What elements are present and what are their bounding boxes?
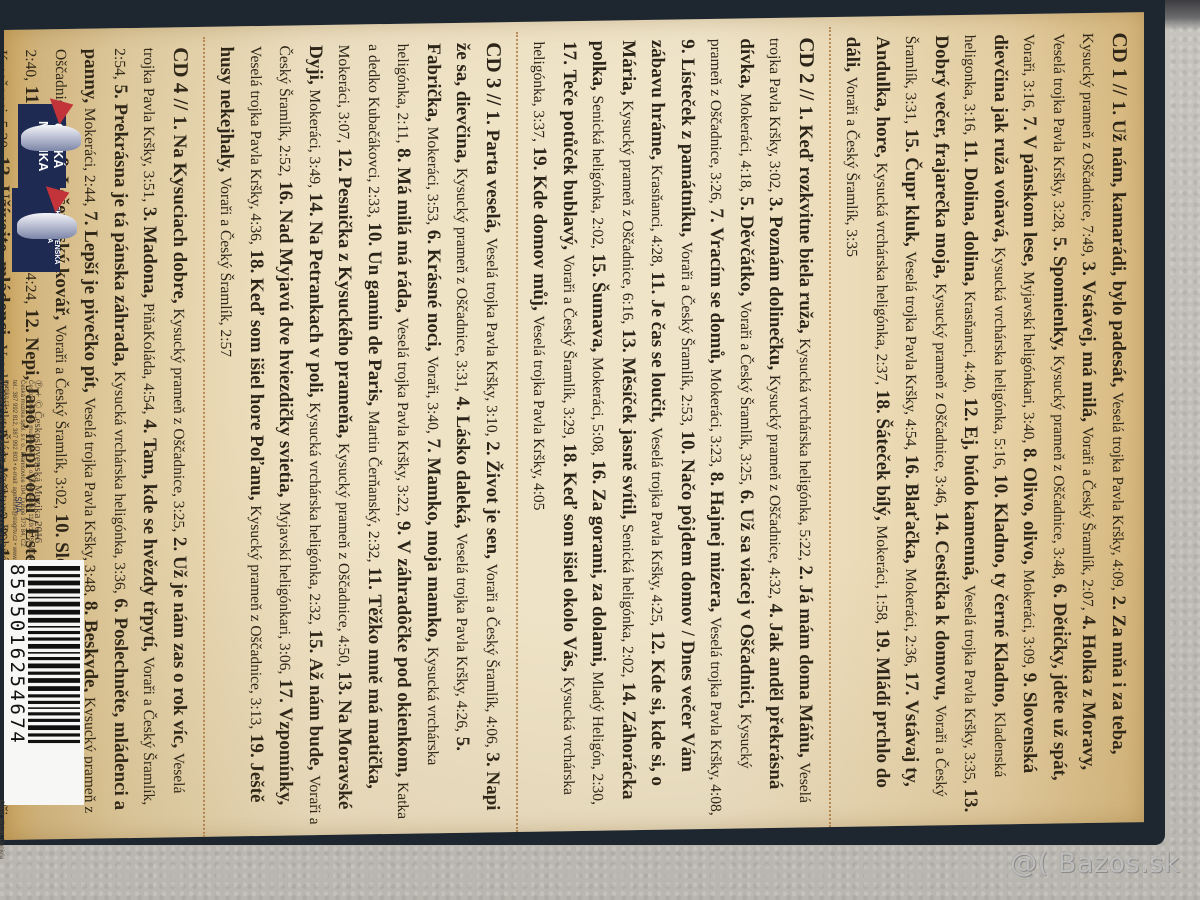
track-number: 14. [931, 512, 952, 536]
track-artist: Mokeráci, 4:18, [737, 93, 754, 192]
back-cover: CD 1 // 1. Už nám, kamarádi, bylo padesá… [4, 12, 1144, 840]
track-title: Kde domov můj, [530, 175, 551, 311]
track-artist: Veselá trojka Pavla Kršky, 3:35, [962, 585, 979, 784]
dog-logo-icon [17, 213, 77, 239]
track-artist: Mokeráci, 3:09, [1021, 569, 1038, 668]
track-artist: Mokeráci, 3:49, [306, 89, 323, 188]
section-title: CD 4 [169, 47, 193, 93]
track-number: 5. [453, 736, 474, 751]
track-number: 11. [648, 271, 669, 294]
track-title: Olivo, olivo, [1020, 467, 1041, 565]
dvd-case: CD 1 // 1. Už nám, kamarádi, bylo padesá… [0, 0, 1165, 845]
track-number: 19. [530, 146, 551, 170]
track-artist: Voraři a Český Šramlík, 2:57 [218, 177, 235, 357]
track-number: 18. [559, 443, 580, 467]
track-artist: Krasňanci, 4:40, [962, 291, 979, 393]
track-number: 13. [335, 671, 356, 695]
track-title: Mamko, moja mamko, [423, 457, 444, 642]
track-title: Už nám, kamarádi, bylo padesát, [1108, 120, 1129, 388]
track-artist: Kysucký prameň z Oščadnice, 4:50, [336, 443, 353, 667]
track-artist: Martin Čerňanský, 2:32, [365, 411, 382, 563]
track-number: 17. [276, 679, 297, 703]
track-number: 9. [394, 521, 415, 536]
track-artist: Voraři a Český Šramlík, 2:07, [1080, 427, 1097, 611]
track-artist: Veselá trojka Pavla Kršky, 3:48, [82, 397, 99, 596]
section-title: CD 1 [1108, 32, 1132, 78]
track-number: 2. [482, 441, 503, 456]
track-number: 3. [1079, 261, 1100, 276]
cover-design-credit: Cover design: Daniela Machová [0, 800, 4, 880]
track-number: 15. [589, 253, 610, 277]
track-title: Šumava, [589, 282, 610, 353]
track-number: 6. [110, 598, 131, 613]
track-number: 3. [766, 197, 787, 212]
track-number: 8. [707, 472, 728, 487]
hotline: MODRÁ LINKA ČESKÉ MUZIKY 844 111 110 [0, 380, 2, 600]
track-artist: Mokeráci, 1:58, [873, 525, 890, 624]
track-number: 3. [140, 207, 161, 222]
track-number: 6. [1049, 584, 1070, 599]
sna-badge: SNA [14, 496, 23, 512]
track-title: Už je nám zas o rok víc, [169, 556, 190, 749]
track-title: Un gamin de Paris, [364, 251, 385, 407]
track-number: 4. [766, 603, 787, 618]
track-number: 12. [961, 397, 982, 421]
barcode-digits: 8595016254674 [4, 560, 28, 805]
track-number: 18. [246, 249, 267, 273]
track-number: 13. [4, 157, 13, 181]
track-title: Já mám doma Máňu, [795, 584, 816, 757]
track-number: 4. [1079, 615, 1100, 630]
track-number: 4. [140, 419, 161, 434]
track-number: 2. [795, 565, 816, 580]
track-number: 6. [423, 230, 444, 245]
track-artist: Mokeráci, 3:07, [336, 45, 353, 144]
track-number: 13. [618, 329, 639, 353]
track-artist: Krasňanci, 5:20, [4, 50, 10, 152]
track-title: Teče potůček bublavý, [559, 69, 580, 250]
track-artist: Mokeráci, 5:08, [590, 357, 607, 456]
track-number: 7. [81, 211, 102, 226]
track-title: Těžko mně má matička, [364, 594, 385, 789]
dog-logo-icon [21, 125, 81, 151]
track-number: 7. [1020, 116, 1041, 131]
track-number: 19. [872, 629, 893, 653]
track-title: Ej, búdo kamenná, [961, 426, 982, 581]
track-title: Lásko daleká, [453, 415, 474, 528]
track-number: 10. [51, 513, 72, 537]
track-artist: Mokeráci, 3:23, [708, 368, 725, 467]
track-title: Má milá má ráda, [394, 167, 415, 313]
track-artist: Mokeráci, 2:44, [82, 108, 99, 207]
track-title: Už sa viacej v Oščadnici, [736, 509, 757, 709]
track-title: Vzpomínky, [276, 707, 297, 805]
track-title: Za gorami, za dolami, [589, 489, 610, 667]
track-artist: Kysucký prameň z Oščadnice, 3:13, [247, 505, 264, 729]
track-title: Pesnička z Kysuckého prameňa, [335, 176, 356, 438]
track-number: 2. [169, 537, 190, 552]
track-title: Madona, [140, 226, 161, 299]
track-number: 1. [169, 115, 190, 130]
track-artist: Kysucký prameň z Oščadnice, 6:16, [619, 100, 636, 324]
track-title: Keď som išiel hore Poľanu, [246, 278, 267, 501]
section-title: CD 3 [482, 42, 506, 88]
track-title: Dobrý večer, frajarečka moja, [931, 35, 952, 279]
track-number: 7. [423, 438, 444, 453]
track-title: Děvčátko, [736, 215, 757, 296]
track-number: 1. [795, 106, 816, 121]
separator: // [795, 83, 819, 106]
track-artist: Kysucký prameň z Oščadnice, 3:31, [454, 168, 471, 392]
track-artist: Kysucká vrchárska heligónka, 2:32, [306, 402, 323, 625]
track-artist: Voraři a Český Šramlík, 3:02, [52, 325, 69, 509]
track-artist: Veselá trojka Pavla Kršky, 4:26, [454, 533, 471, 732]
track-number: 14. [305, 193, 326, 217]
track-artist: Veselá trojka Pavla Kršky, 4:25, [649, 427, 666, 626]
track-artist: Kysucká vrchárska heligónka, 5:16, [991, 247, 1008, 470]
track-title: Na Petrankach v poli, [305, 221, 326, 398]
track-number: 1. [482, 110, 503, 125]
track-title: Je čas se loučit, [648, 299, 669, 423]
track-title: Na Kysuciach dobre, [169, 134, 190, 303]
track-number: 10. [677, 431, 698, 455]
section-cd-2: CD 2 // 1. Keď rozkvitne biela ruža, Kys… [516, 27, 821, 832]
track-number: 10. [364, 222, 385, 246]
track-artist: Kysucký prameň z Oščadnice, 3:48, [1050, 355, 1067, 579]
track-number: 14. [618, 682, 639, 706]
track-title: Dolina, dolina, [961, 167, 982, 286]
track-number: 17. [559, 41, 580, 65]
track-title: Život je sen, [482, 460, 503, 559]
track-title: Fabrička, [423, 43, 444, 122]
track-title: Šáteček bílý, [872, 418, 893, 521]
track-artist: Kysucký prameň z Oščadnice, 7:49, [1080, 33, 1097, 257]
track-number: 17. [902, 671, 923, 695]
track-number: 11. [961, 140, 982, 163]
track-number: 10. [990, 474, 1011, 498]
track-artist: Veselá trojka Pavla Kršky, 4:36, [247, 46, 264, 245]
track-artist: Kysucký prameň z Oščadnice, 4:32, [767, 375, 784, 599]
track-number: 15. [305, 629, 326, 653]
track-title: Poznám dolinečku, [766, 216, 787, 370]
track-title: Hajnej mizera, [707, 491, 728, 613]
track-artist: Voraři a Český Šramlík, 3:29, [560, 255, 577, 439]
track-title: Vracím se domů, [707, 227, 728, 364]
track-number: 16. [589, 460, 610, 484]
bazos-watermark: @( Bazos.sk [1010, 848, 1180, 879]
track-artist: Myjavskí heligónkari, 3:40, [1021, 271, 1038, 443]
track-number: 5. [1049, 237, 1070, 252]
tracklist: CD 1 // 1. Už nám, kamarádi, bylo padesá… [34, 22, 1134, 839]
track-title: Krásné noci, [423, 249, 444, 352]
track-artist: PiňaKoláda, 4:54, [141, 303, 158, 415]
track-number: 2. [1108, 595, 1129, 610]
track-artist: Veselá trojka Pavla Kršky, 4:08, [708, 617, 725, 816]
track-number: 6. [736, 490, 757, 505]
track-title: Měsíček jasně svítil, [618, 357, 639, 519]
track-artist: Kysucká vrchárska heligónka, 3:36, [111, 371, 128, 594]
track-artist: Senická heligónka, 2:02, [619, 524, 636, 678]
track-artist: Kysucká vrchárska heligónka, 2:37, [873, 162, 890, 385]
track-title: Cestička k domovu, [931, 540, 952, 700]
track-artist: Mladý Heligón, 2:30, [590, 671, 607, 805]
track-title: Vstávej, má milá, [1079, 280, 1100, 422]
track-number: 8. [1020, 448, 1041, 463]
track-artist: Kysucký prameň z Oščadnice, 3:46, [932, 283, 949, 507]
separator: // [482, 88, 506, 111]
track-number: 16. [276, 181, 297, 205]
track-number: 9. [1020, 673, 1041, 688]
track-number: 11. [364, 567, 385, 590]
barcode: 8595016254674 [4, 560, 84, 805]
track-title: V záhradôčke pod okienkom, [394, 540, 415, 778]
track-artist: Voraři, 3:40, [424, 356, 441, 434]
track-title: Kladno, ty černé Kladno, [990, 503, 1011, 708]
track-title: Keď rozkvitne biela ruža, [795, 125, 816, 334]
track-artist: Mokeráci, 2:36, [903, 568, 920, 667]
track-number: 4. [453, 396, 474, 411]
track-artist: Myjavskí heligónkari, 3:06, [277, 502, 294, 674]
track-artist: Senická heligónka, 2:02, [590, 95, 607, 249]
track-number: 12. [335, 148, 356, 172]
track-artist: Veselá trojka Pavla Kršky, 3:10, [483, 238, 500, 437]
track-number: 9. [677, 39, 698, 54]
track-title: Blaťačka, [902, 483, 923, 563]
track-artist: Veselá trojka Pavla Kršky, 4:09, [1109, 392, 1126, 591]
track-number: 12. [648, 631, 669, 655]
track-number: 1. [1108, 101, 1129, 116]
track-title: Spomienky, [1049, 256, 1070, 351]
track-title: Lepší je pivečko pít, [81, 230, 102, 393]
section-title: CD 2 [795, 37, 819, 83]
track-title: Děti̇čky, jděte už spát, [1049, 603, 1070, 781]
track-artist: Kysucký prameň z Oščadnice, 3:25, [170, 308, 187, 532]
track-number: 5. [736, 196, 757, 211]
track-artist: Voraři a Český Šramlík, 3:25, [737, 301, 754, 485]
track-number: 7. [707, 208, 728, 223]
track-artist: Voraři a Český Šramlík, 2:53, [678, 242, 695, 426]
track-number: 8. [394, 148, 415, 163]
track-number: 13. [961, 788, 982, 812]
track-title: Za mňa i za teba, [1108, 614, 1129, 754]
track-title: V pánskom lese, [1020, 135, 1041, 266]
track-artist: Mokeráci, 3:53, [424, 127, 441, 226]
track-artist: Veselá trojka Pavla Kršky, 4:54, [903, 251, 920, 450]
track-title: Keď som išiel okolo Vás, [559, 472, 580, 672]
track-number: 19. [246, 734, 267, 758]
track-title: Až nám bude, [305, 658, 326, 771]
track-number: 18. [872, 390, 893, 414]
track-title: Tam, kde se hvězdy třpytí, [140, 438, 161, 652]
track-artist: Voraři, 3:16, [1021, 34, 1038, 112]
separator: // [1108, 78, 1132, 101]
track-number: 16. [902, 455, 923, 479]
track-title: Nad Myjavú dve hviezdičky svietia, [276, 210, 297, 498]
barcode-bars [28, 566, 80, 793]
separator: // [169, 93, 193, 116]
track-artist: Veselá trojka Pavla Kršky, 3:22, [395, 317, 412, 516]
track-title: Prekrásna je tá pánska záhrada, [110, 103, 131, 366]
track-artist: Voraři a Český Šramlík, 4:06, [483, 564, 500, 748]
section-cd-3: CD 3 // 1. Parta veselá, Veselá trojka P… [203, 32, 508, 837]
track-number: 12. [22, 309, 43, 333]
track-number: 3. [482, 752, 503, 767]
track-number: 15. [902, 129, 923, 153]
track-title: Parta veselá, [482, 129, 503, 233]
track-number: 5. [110, 84, 131, 99]
track-artist: Kysucká vrchárska heligónka, 5:22, [796, 338, 813, 561]
section-cd-1: CD 1 // 1. Už nám, kamarádi, bylo padesá… [829, 22, 1134, 827]
track-title: Čupr kluk, [902, 157, 923, 247]
track-artist: Veselá trojka Pavla Kršky, 4:05 [531, 315, 548, 510]
track-title: Holka z Moravy, [1079, 634, 1100, 770]
track-artist: Veselá trojka Pavla Kršky, 3:28, [1050, 33, 1067, 232]
track-artist: Voraři a Český Šramlík, 3:35 [844, 77, 861, 257]
track-artist: Krasňanci, 4:28, [649, 165, 666, 267]
track-title: Lísteček z památníku, [677, 58, 698, 237]
